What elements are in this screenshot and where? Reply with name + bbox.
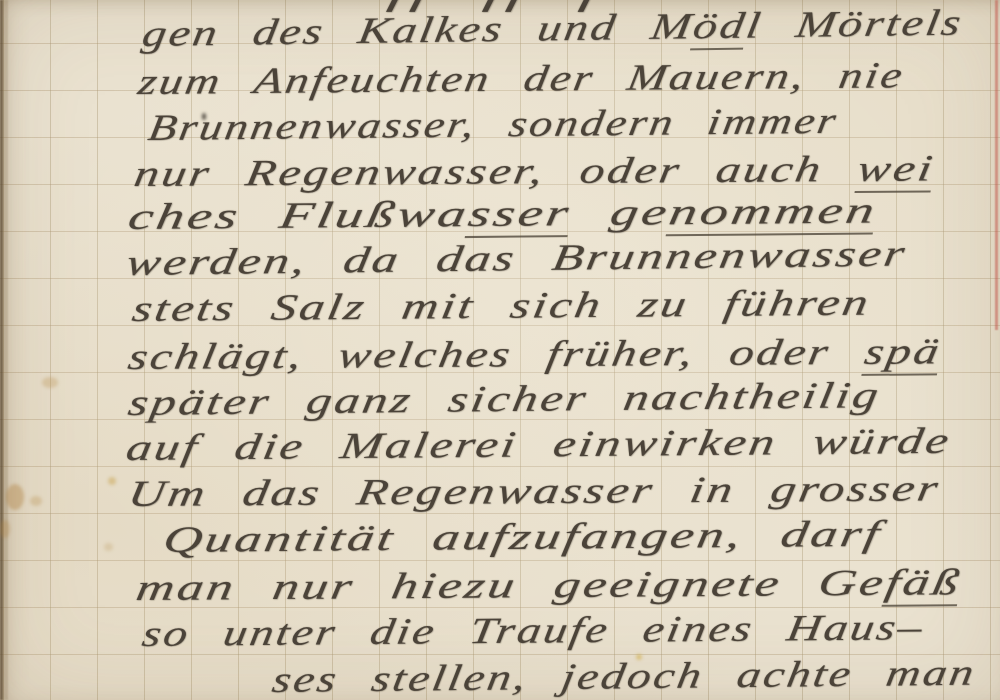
word-run: zum Anfeuchten der Mauern, nie <box>135 55 907 103</box>
manuscript-line: gen des Kalkes und Mödl Mörtels <box>140 4 966 53</box>
word-run: Quantität aufzufangen, darf <box>160 514 885 561</box>
word-run: l Mörtels <box>743 2 966 46</box>
word-run: gen des Kalkes und M <box>139 6 697 55</box>
underlined-word: spä <box>861 331 945 376</box>
manuscript-line: Brunnenwasser, sondern immer <box>146 103 841 147</box>
manuscript-line: so unter die Traufe eines Haus– <box>140 609 928 653</box>
ink-speck <box>202 113 206 120</box>
word-run: schlägt, welches früher, oder <box>125 332 868 378</box>
word-run: später ganz sicher nachtheilig <box>125 375 884 424</box>
word-run: werden, da das Brunnenwasser <box>123 233 910 284</box>
manuscript-line: Quantität aufzufangen, darf <box>161 516 886 559</box>
page-edge-shade <box>2 0 8 700</box>
stain <box>42 377 58 388</box>
manuscript-line: nur Regenwasser, oder auch wei <box>131 150 937 193</box>
word-run: man nur hiezu geeignete Ge <box>133 563 889 609</box>
underlined-word: nommen <box>665 190 880 236</box>
stain <box>0 520 10 538</box>
manuscript-line: Um das Regenwasser in grosser <box>125 470 943 513</box>
underlined-word: öd <box>690 6 750 51</box>
word-run: auf die Malerei einwirken würde <box>123 421 954 469</box>
red-margin-line <box>995 0 998 330</box>
word-run: stets Salz mit sich zu führen <box>129 283 874 331</box>
underlined-word: wei <box>854 148 938 193</box>
manuscript-line: ses stellen, jedoch achte man <box>270 655 979 699</box>
underlined-word: sser <box>465 193 575 238</box>
manuscript-page: ſf fſ fgen des Kalkes und Mödl Mörtelszu… <box>0 0 1000 700</box>
word-run: nur Regenwasser, oder auch <box>131 149 861 195</box>
word-run: Um das Regenwasser in grosser <box>125 468 943 515</box>
word-run: so unter die Traufe eines Haus– <box>139 607 927 655</box>
stain <box>30 496 42 506</box>
manuscript-line: schlägt, welches früher, oder spä <box>125 333 944 376</box>
word-run: ge <box>567 192 672 234</box>
word-run: ches Flußwa <box>125 194 472 238</box>
manuscript-line: ches Flußwasser genommen <box>126 192 880 236</box>
manuscript-line: auf die Malerei einwirken würde <box>124 423 954 467</box>
stain <box>6 484 24 510</box>
stain <box>104 543 113 551</box>
stain <box>636 654 642 660</box>
underlined-word: fäß <box>882 562 965 607</box>
word-run: Brunnenwasser, sondern immer <box>145 101 841 149</box>
manuscript-line: man nur hiezu geeignete Gefäß <box>133 564 964 607</box>
word-run: ses stellen, jedoch achte man <box>269 653 979 700</box>
manuscript-line: zum Anfeuchten der Mauern, nie <box>136 57 908 101</box>
manuscript-line: stets Salz mit sich zu führen <box>130 285 874 328</box>
manuscript-line: später ganz sicher nachtheilig <box>126 377 884 422</box>
stain <box>108 477 116 485</box>
manuscript-line: werden, da das Brunnenwasser <box>124 235 910 282</box>
